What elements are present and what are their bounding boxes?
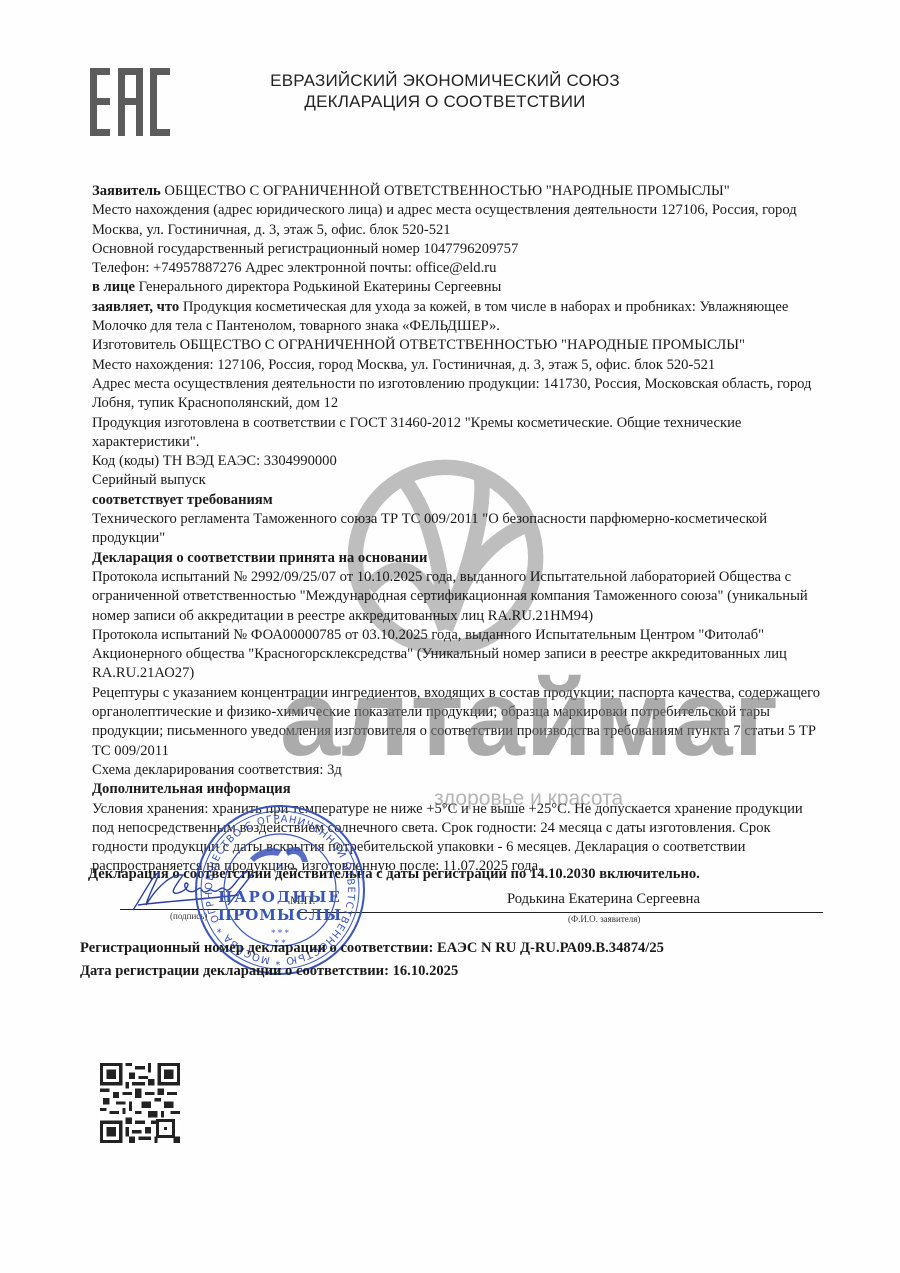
manufacturer-address: Место нахождения: 127106, Россия, город … (92, 356, 827, 375)
eac-logo-icon (90, 68, 170, 136)
product-description: Продукция косметическая для ухода за кож… (92, 299, 788, 334)
declaration-page: ЕВРАЗИЙСКИЙ ЭКОНОМИЧЕСКИЙ СОЮЗ ДЕКЛАРАЦИ… (0, 0, 900, 1273)
represented-label: в лице (92, 279, 135, 295)
declaration-body: Заявитель ОБЩЕСТВО С ОГРАНИЧЕННОЙ ОТВЕТС… (92, 182, 827, 877)
represented-by: Генерального директора Родькиной Екатери… (139, 279, 502, 295)
declares-label: заявляет, что (92, 299, 179, 315)
manufacturer-name: ОБЩЕСТВО С ОГРАНИЧЕННОЙ ОТВЕТСТВЕННОСТЬЮ… (180, 337, 745, 353)
union-title: ЕВРАЗИЙСКИЙ ЭКОНОМИЧЕСКИЙ СОЮЗ (230, 70, 660, 91)
production-type: Серийный выпуск (92, 471, 827, 490)
applicant-representative: в лице Генерального директора Родькиной … (92, 278, 827, 297)
technical-regulation: Технического регламента Таможенного союз… (92, 510, 827, 549)
basis-item-scheme: Схема декларирования соответствия: 3д (92, 761, 827, 780)
tnved-code: Код (коды) ТН ВЭД ЕАЭС: 3304990000 (92, 452, 827, 471)
registration-number: Регистрационный номер декларации о соотв… (80, 940, 780, 957)
manufacturer-label: Изготовитель (92, 337, 176, 353)
signer-name: Родькина Екатерина Сергеевна (507, 891, 700, 908)
applicant-label: Заявитель (92, 183, 161, 199)
qr-code-icon[interactable] (100, 1063, 180, 1143)
complies-label: соответствует требованиям (92, 491, 827, 510)
signer-name-line (300, 912, 823, 913)
additional-info-label: Дополнительная информация (92, 780, 827, 799)
signer-caption: (Ф.И.О. заявителя) (568, 914, 640, 924)
stamp-center-line1: НАРОДНЫЕ (218, 888, 342, 906)
manufacturer-line: Изготовитель ОБЩЕСТВО С ОГРАНИЧЕННОЙ ОТВ… (92, 336, 827, 355)
document-header: ЕВРАЗИЙСКИЙ ЭКОНОМИЧЕСКИЙ СОЮЗ ДЕКЛАРАЦИ… (230, 70, 660, 112)
registration-date: Дата регистрации декларации о соответств… (80, 963, 780, 980)
applicant-contacts: Телефон: +74957887276 Адрес электронной … (92, 259, 827, 278)
applicant-line: Заявитель ОБЩЕСТВО С ОГРАНИЧЕННОЙ ОТВЕТС… (92, 182, 827, 201)
basis-item-protocol-2: Протокола испытаний № ФОА00000785 от 03.… (92, 626, 827, 684)
production-address: Адрес места осуществления деятельности п… (92, 375, 827, 414)
applicant-name: ОБЩЕСТВО С ОГРАНИЧЕННОЙ ОТВЕТСТВЕННОСТЬЮ… (164, 183, 729, 199)
signature-caption: (подпись) (170, 911, 207, 921)
stamp-mark: М.П. (290, 893, 315, 908)
production-standard: Продукция изготовлена в соответствии с Г… (92, 414, 827, 453)
declaration-title: ДЕКЛАРАЦИЯ О СООТВЕТСТВИИ (230, 91, 660, 112)
basis-item-documents: Рецептуры с указанием концентрации ингре… (92, 684, 827, 761)
signature-line (120, 909, 255, 910)
svg-text:* * *: * * * (271, 928, 290, 938)
applicant-address: Место нахождения (адрес юридического лиц… (92, 201, 827, 240)
declares-line: заявляет, что Продукция косметическая дл… (92, 298, 827, 337)
basis-item-protocol-1: Протокола испытаний № 2992/09/25/07 от 1… (92, 568, 827, 626)
basis-label: Декларация о соответствии принята на осн… (92, 549, 827, 568)
applicant-ogrn: Основной государственный регистрационный… (92, 240, 827, 259)
validity-statement: Декларация о соответствии действительна … (88, 866, 828, 883)
